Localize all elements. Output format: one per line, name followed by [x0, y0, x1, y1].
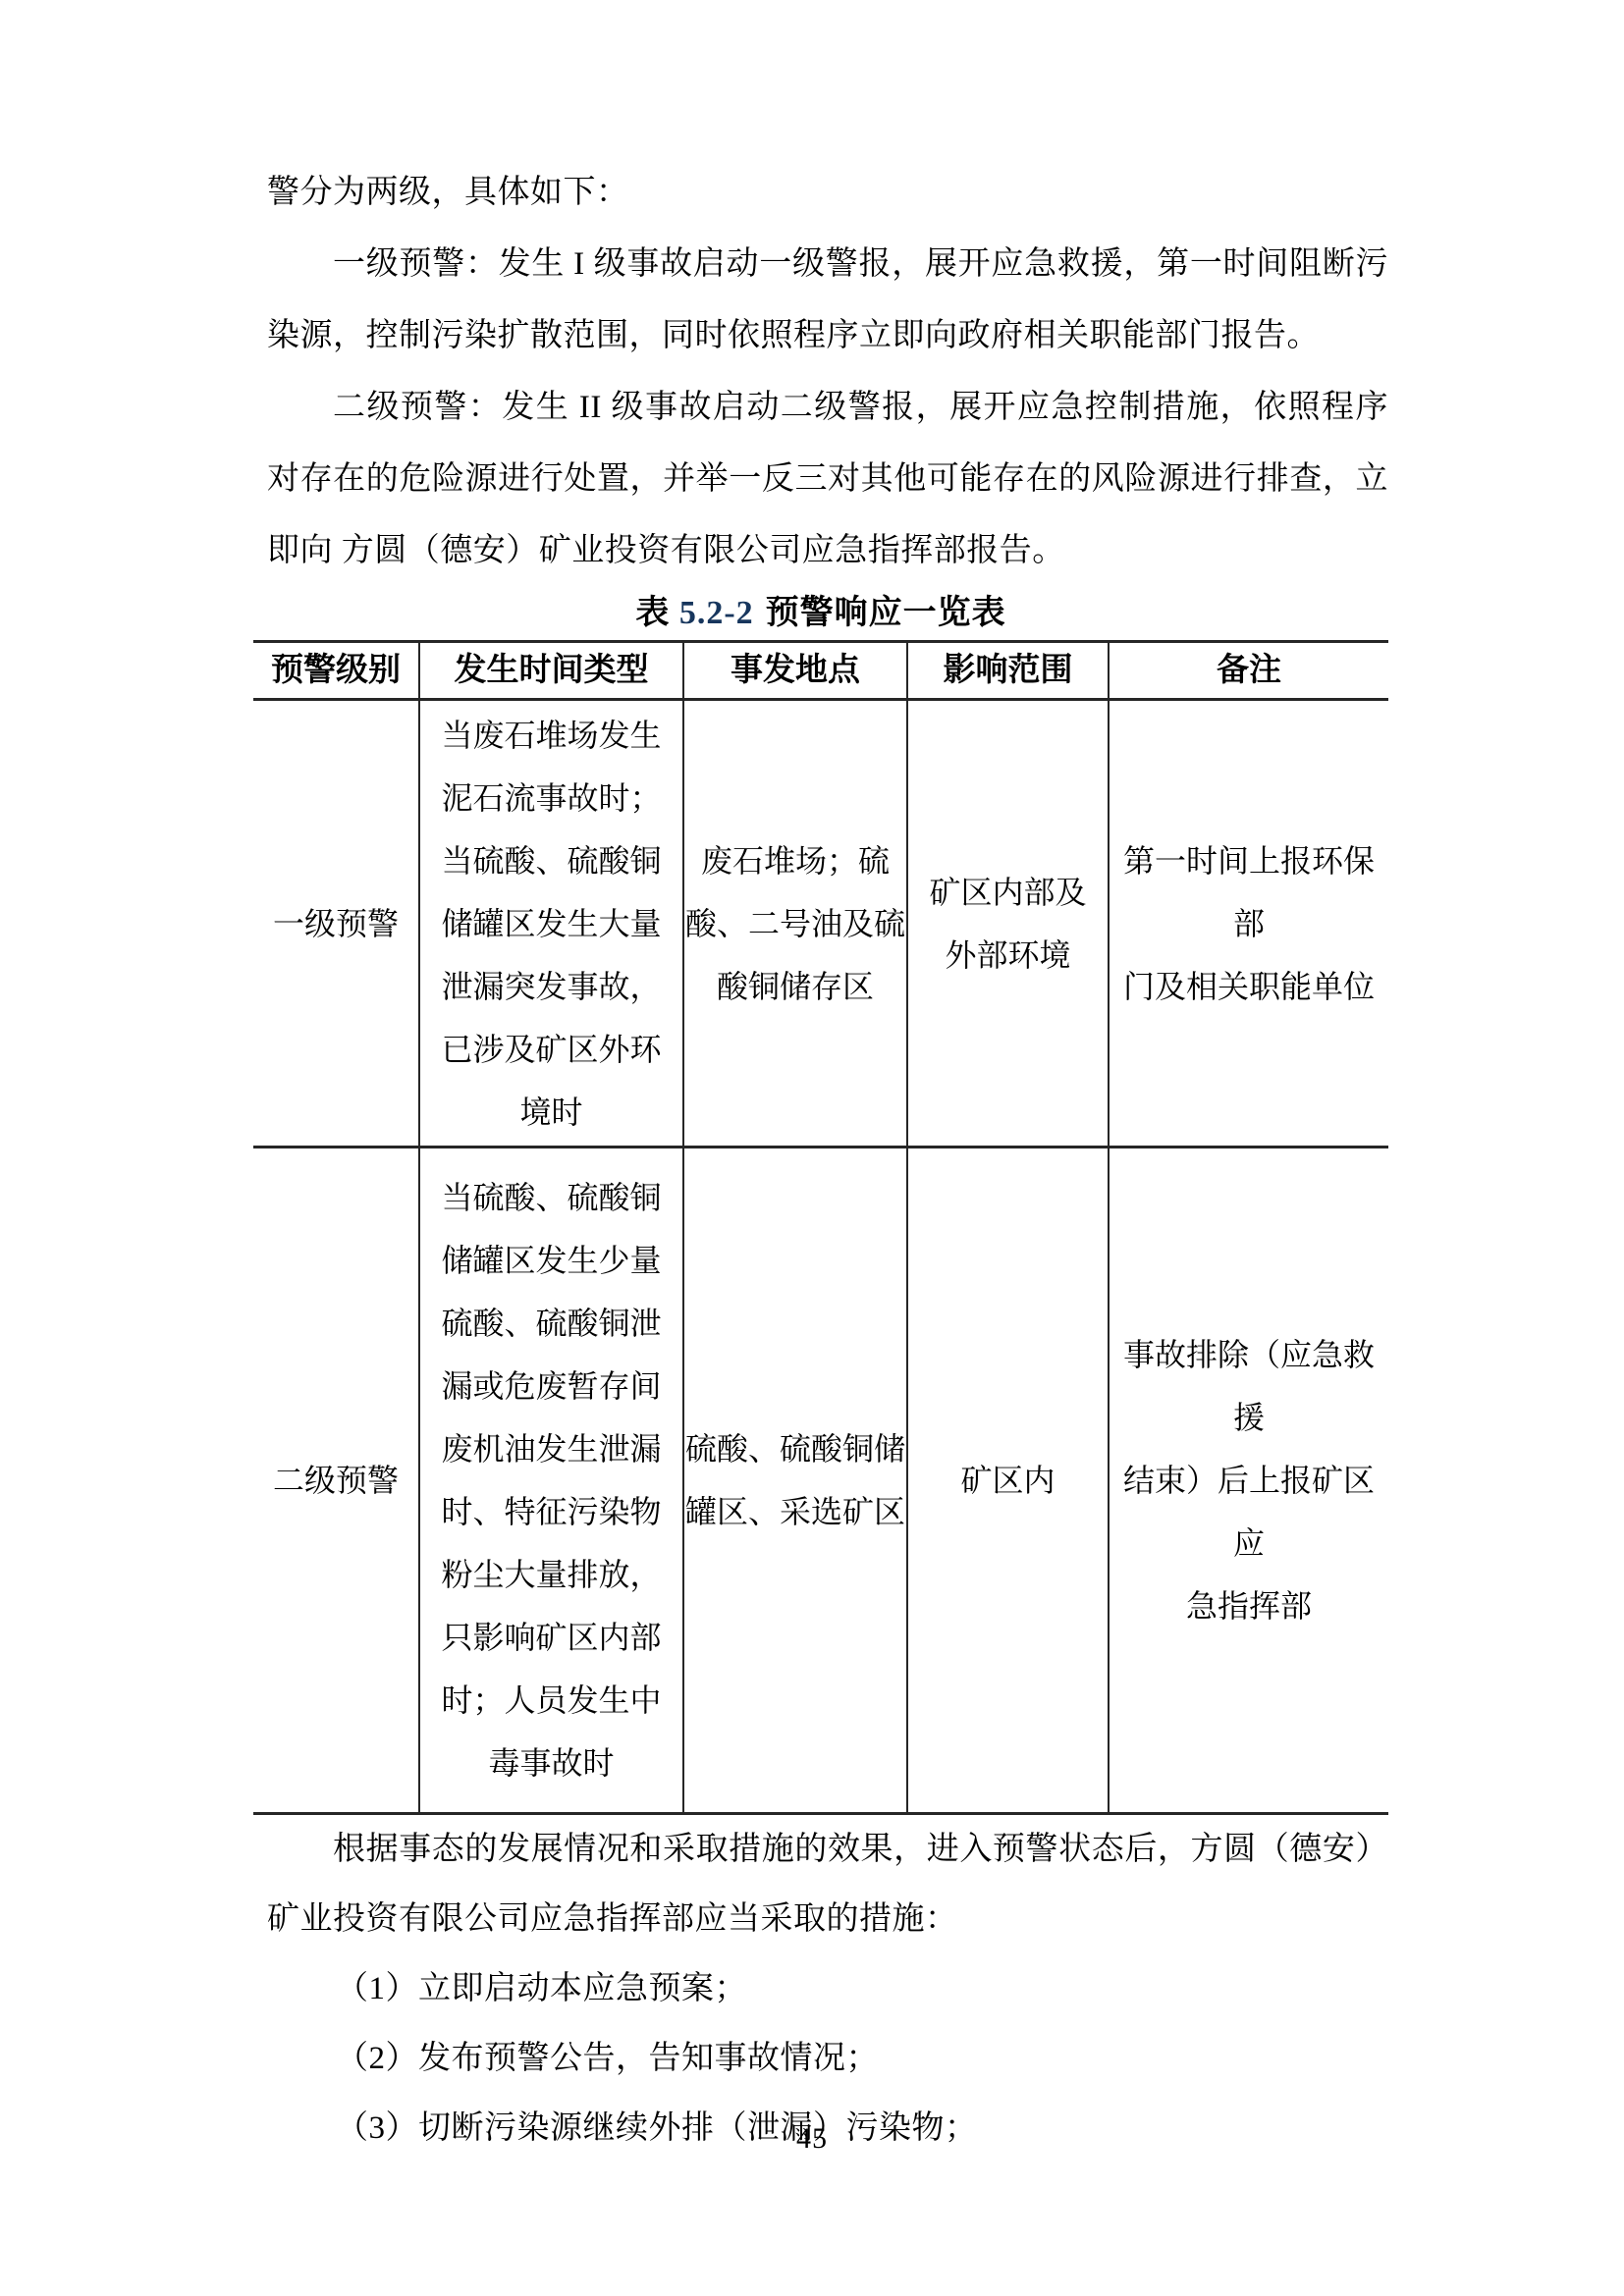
- warning-response-table: 预警级别 发生时间类型 事发地点 影响范围 备注 一级预警 当废石堆场发生 泥石…: [253, 640, 1388, 1815]
- table-row: 一级预警 当废石堆场发生 泥石流事故时； 当硫酸、硫酸铜 储罐区发生大量 泄漏突…: [253, 700, 1388, 1148]
- table-header-cell: 备注: [1109, 642, 1388, 700]
- table-cell-remark: 第一时间上报环保部 门及相关职能单位: [1109, 700, 1388, 1148]
- document-body: 警分为两级，具体如下： 一级预警：发生 I 级事故启动一级警报，展开应急救援，第…: [253, 157, 1388, 2163]
- table-header-cell: 预警级别: [253, 642, 419, 700]
- after-table-text: 根据事态的发展情况和采取措施的效果，进入预警状态后，方圆（德安） 矿业投资有限公…: [253, 1815, 1388, 2163]
- table-cell-scope: 矿区内: [907, 1148, 1109, 1814]
- table-cell-location: 硫酸、硫酸铜储 罐区、采选矿区: [683, 1148, 907, 1814]
- table-cell-level: 一级预警: [253, 700, 419, 1148]
- page-number: 45: [0, 2116, 1624, 2162]
- table-header-row: 预警级别 发生时间类型 事发地点 影响范围 备注: [253, 642, 1388, 700]
- list-item: （2）发布预警公告，告知事故情况；: [253, 2024, 1388, 2094]
- paragraph-line: 对存在的危险源进行处置，并举一反三对其他可能存在的风险源进行排查，立: [253, 444, 1388, 515]
- table-cell-location: 废石堆场；硫 酸、二号油及硫 酸铜储存区: [683, 700, 907, 1148]
- table-cell-event-type: 当废石堆场发生 泥石流事故时； 当硫酸、硫酸铜 储罐区发生大量 泄漏突发事故， …: [419, 700, 683, 1148]
- table-cell-scope: 矿区内部及 外部环境: [907, 700, 1109, 1148]
- table-cell-remark: 事故排除（应急救援 结束）后上报矿区应 急指挥部: [1109, 1148, 1388, 1814]
- table-cell-event-type: 当硫酸、硫酸铜 储罐区发生少量 硫酸、硫酸铜泄 漏或危废暂存间 废机油发生泄漏 …: [419, 1148, 683, 1814]
- table-cell-level: 二级预警: [253, 1148, 419, 1814]
- table-caption-title: 预警响应一览表: [766, 595, 1006, 631]
- table-header-cell: 事发地点: [683, 642, 907, 700]
- list-item: （1）立即启动本应急预案；: [253, 1954, 1388, 2024]
- paragraph-line: 一级预警：发生 I 级事故启动一级警报，展开应急救援，第一时间阻断污: [253, 229, 1388, 300]
- paragraph-line: 染源，控制污染扩散范围，同时依照程序立即向政府相关职能部门报告。: [253, 300, 1388, 372]
- table-caption-number: 5.2-2: [679, 595, 754, 631]
- paragraph-line: 警分为两级，具体如下：: [253, 157, 1388, 229]
- table-header-cell: 影响范围: [907, 642, 1109, 700]
- paragraph-line: 根据事态的发展情况和采取措施的效果，进入预警状态后，方圆（德安）: [253, 1815, 1388, 1885]
- table-row: 二级预警 当硫酸、硫酸铜 储罐区发生少量 硫酸、硫酸铜泄 漏或危废暂存间 废机油…: [253, 1148, 1388, 1814]
- paragraph-line: 即向 方圆（德安）矿业投资有限公司应急指挥部报告。: [253, 515, 1388, 587]
- paragraph-line: 矿业投资有限公司应急指挥部应当采取的措施：: [253, 1885, 1388, 1954]
- table-caption-prefix: 表: [635, 595, 679, 631]
- table-header-cell: 发生时间类型: [419, 642, 683, 700]
- table-caption: 表 5.2-2预警响应一览表: [253, 587, 1388, 640]
- document-page: 警分为两级，具体如下： 一级预警：发生 I 级事故启动一级警报，展开应急救援，第…: [0, 0, 1624, 2296]
- paragraph-line: 二级预警：发生 II 级事故启动二级警报，展开应急控制措施，依照程序: [253, 372, 1388, 444]
